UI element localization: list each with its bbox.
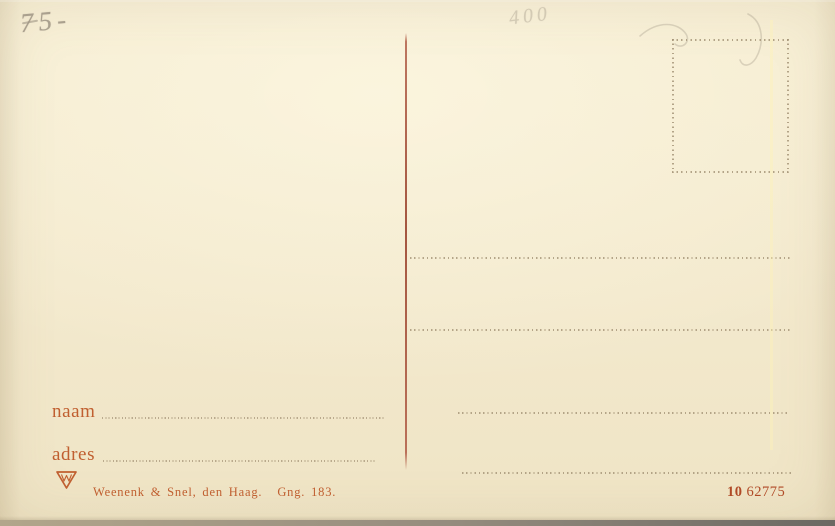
divider-line: [405, 33, 407, 470]
paper-crease: [770, 20, 773, 450]
adres-dotted-line: [103, 460, 375, 462]
serial-digits: 62775: [747, 484, 786, 500]
publisher-logo-icon: [55, 470, 78, 490]
postcard-back: 75- 400 naam adres Weenenk & Snel, den H…: [0, 0, 835, 526]
serial-prefix: 10: [727, 484, 743, 500]
bottom-scan-edge: [0, 520, 835, 526]
adres-label: adres: [52, 445, 95, 464]
naam-dotted-line: [102, 417, 384, 419]
series-code: Gng. 183.: [277, 485, 336, 499]
stamp-box-edge: [672, 39, 674, 173]
address-dotted-line: [410, 329, 790, 331]
address-dotted-line: [462, 472, 794, 474]
naam-label: naam: [52, 402, 96, 421]
handwritten-faint-note: 400: [508, 3, 552, 31]
serial-number: 1062775: [727, 485, 785, 500]
stamp-box-edge: [787, 39, 789, 173]
publisher-line: Weenenk & Snel, den Haag.Gng. 183.: [93, 486, 336, 499]
publisher-name: Weenenk & Snel, den Haag.: [93, 485, 262, 499]
address-dotted-line: [410, 257, 790, 259]
address-dotted-line: [458, 412, 788, 414]
